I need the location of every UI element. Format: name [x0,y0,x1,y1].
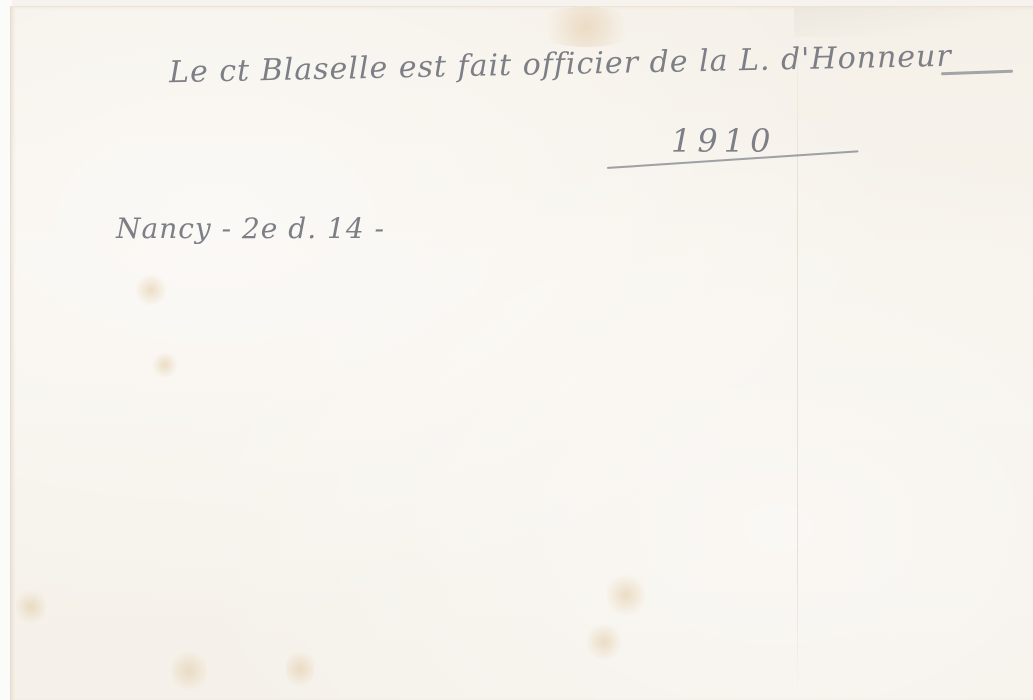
corner-crease [794,7,1033,37]
foxing-spot [136,272,166,308]
handwritten-line-promotion: Le ct Blaselle est fait officier de la L… [169,39,952,90]
foxing-spot [171,647,207,695]
foxing-spot [586,622,622,662]
foxing-spot [531,7,641,47]
paper-sheet: Le ct Blaselle est fait officier de la L… [10,6,1033,700]
foxing-spot [151,352,179,378]
handwritten-line-location: Nancy - 2e d. 14 - [116,212,385,245]
foxing-spot [606,572,646,618]
foxing-spot [286,647,314,691]
foxing-spot [16,587,46,627]
scanned-photo-back: Le ct Blaselle est fait officier de la L… [0,0,1033,700]
handwritten-year: 1910 [671,122,776,160]
fold-line [797,7,798,700]
